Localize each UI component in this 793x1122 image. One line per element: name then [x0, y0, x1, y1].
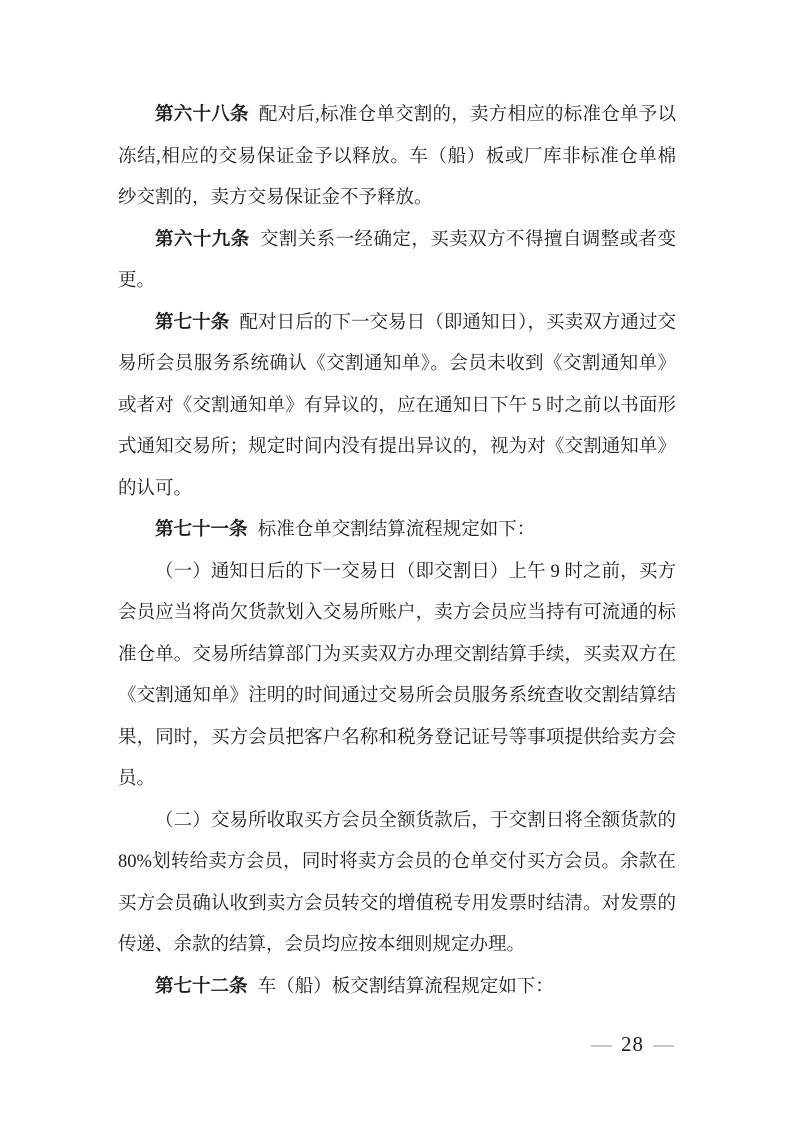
article-number: 第七十条 [155, 313, 229, 333]
paragraph-text: （二）交易所收取买方会员全额货款后，于交割日将全额货款的80%划转给卖方会员，同… [118, 811, 676, 956]
page-number-footer: —28— [582, 1029, 683, 1059]
paragraph-item-1: （一）通知日后的下一交易日（即交割日）上午 9 时之前，买方会员应当将尚欠货款划… [118, 552, 676, 801]
paragraph-item-2: （二）交易所收取买方会员全额货款后，于交割日将全额货款的80%划转给卖方会员，同… [118, 801, 676, 967]
article-number: 第六十九条 [155, 230, 250, 250]
paragraph-text: （一）通知日后的下一交易日（即交割日）上午 9 时之前，买方会员应当将尚欠货款划… [118, 562, 676, 790]
document-page: 第六十八条配对后,标准仓单交割的，卖方相应的标准仓单予以冻结,相应的交易保证金予… [0, 0, 793, 1122]
paragraph-article-70: 第七十条配对日后的下一交易日（即通知日），买卖双方通过交易所会员服务系统确认《交… [118, 303, 676, 511]
document-body: 第六十八条配对后,标准仓单交割的，卖方相应的标准仓单予以冻结,相应的交易保证金予… [118, 95, 676, 1008]
paragraph-text: 车（船）板交割结算流程规定如下： [258, 977, 554, 997]
footer-right-dash: — [653, 1032, 674, 1056]
paragraph-text: 配对日后的下一交易日（即通知日），买卖双方通过交易所会员服务系统确认《交割通知单… [118, 313, 676, 499]
article-number: 第七十一条 [155, 520, 248, 540]
article-number: 第七十二条 [155, 977, 248, 997]
page-number: 28 [621, 1032, 644, 1056]
paragraph-article-69: 第六十九条交割关系一经确定，买卖双方不得擅自调整或者变更。 [118, 220, 676, 303]
paragraph-text: 标准仓单交割结算流程规定如下： [258, 520, 536, 540]
paragraph-article-71: 第七十一条标准仓单交割结算流程规定如下： [118, 510, 676, 552]
footer-left-dash: — [591, 1032, 612, 1056]
paragraph-article-72: 第七十二条车（船）板交割结算流程规定如下： [118, 967, 676, 1009]
paragraph-article-68: 第六十八条配对后,标准仓单交割的，卖方相应的标准仓单予以冻结,相应的交易保证金予… [118, 95, 676, 220]
article-number: 第六十八条 [155, 105, 249, 125]
